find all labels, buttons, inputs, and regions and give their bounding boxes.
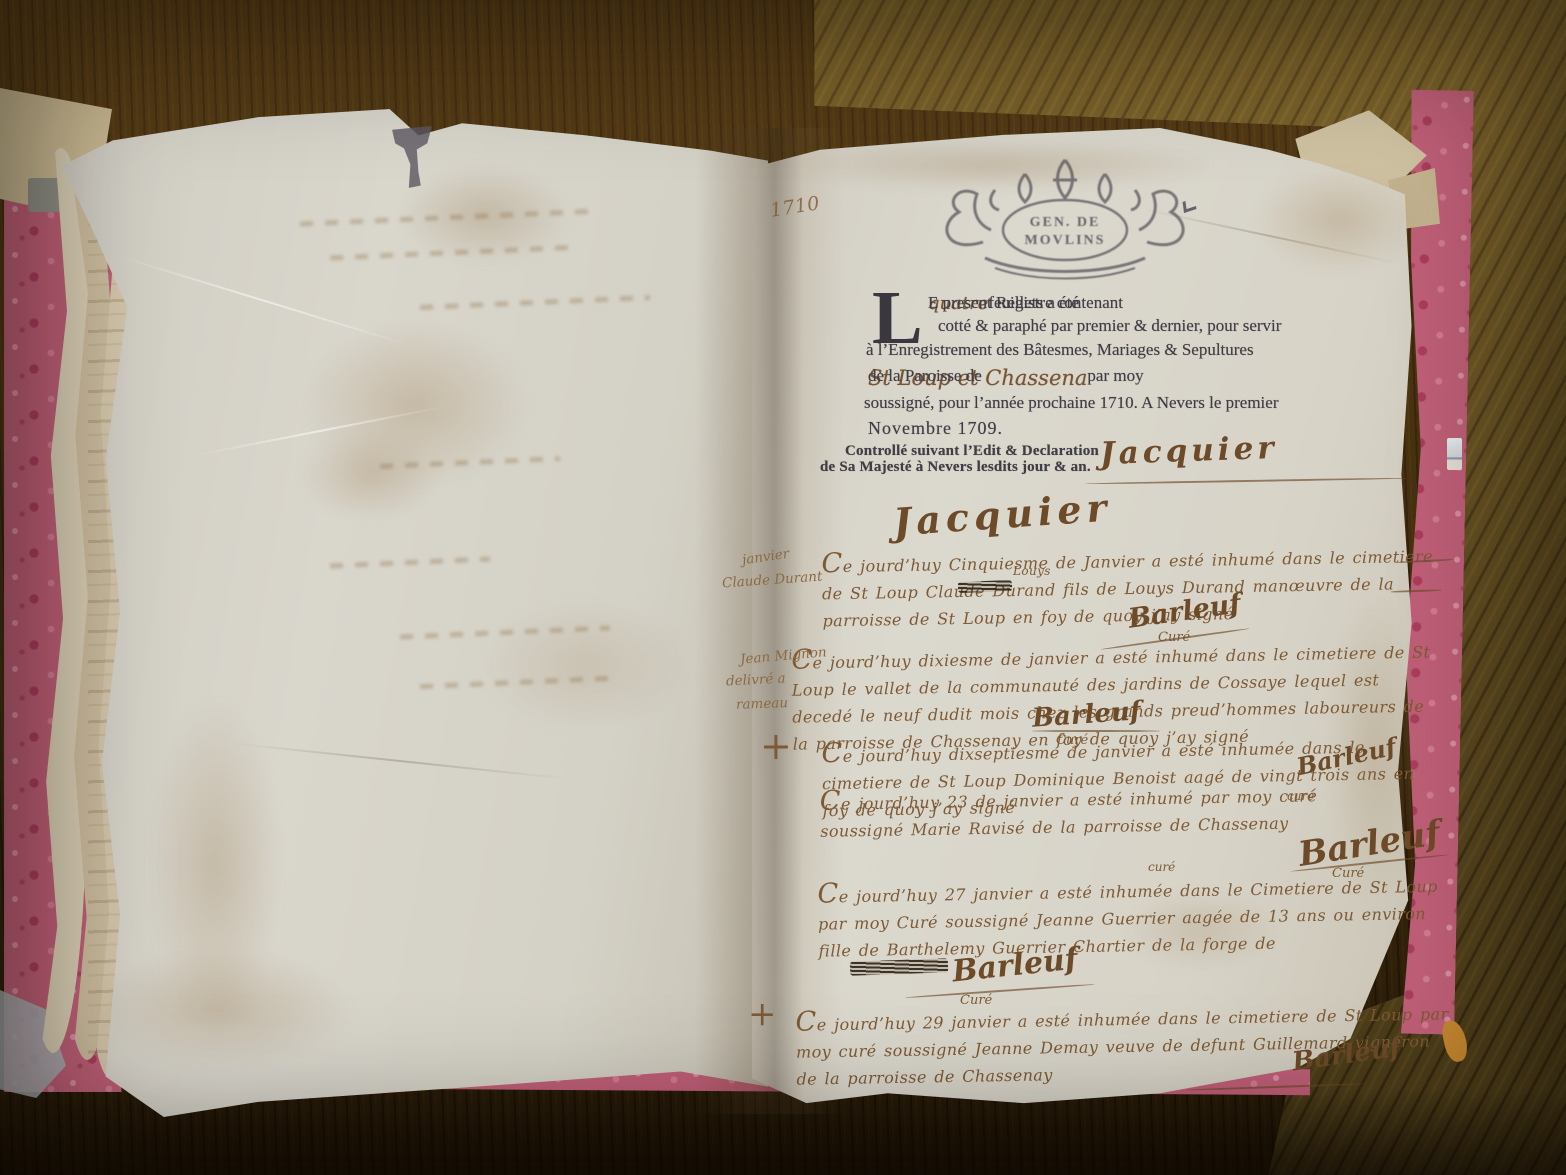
notice-line5: soussigné, pour l’année prochaine 1710. … — [864, 393, 1279, 413]
notice-line4-print: de la Paroisse de — [868, 366, 982, 386]
margin-note: rameau — [736, 695, 789, 713]
scratched-out-word — [958, 580, 1012, 593]
notice-line1: E present Registre contenant quatre feui… — [928, 293, 988, 314]
burial-entry-5: Ce jourd’huy 27 janvier a esté inhumée d… — [817, 872, 1463, 964]
cure-title: Curé — [1332, 866, 1364, 881]
control-line2: de Sa Majesté à Nevers lesdits jour & an… — [820, 459, 1091, 476]
stain — [480, 600, 690, 730]
generalite-stamp: GEN. DE MOVLINS — [925, 150, 1205, 288]
stamp-text-line1: GEN. DE — [1030, 215, 1101, 230]
notice-line2: cotté & paraphé par premier & dernier, p… — [938, 316, 1281, 336]
margin-note: delivré a — [726, 670, 786, 689]
paper-chip-on-cover — [1447, 438, 1462, 470]
notice-line3: à l’Enregistrement des Bâtesmes, Mariage… — [866, 340, 1254, 360]
stamp-text-line2: MOVLINS — [1025, 233, 1106, 248]
notice-line4-end: par moy — [1087, 366, 1143, 386]
stain — [90, 950, 350, 1070]
notice-line1-end: feuillets a été — [988, 293, 1079, 313]
cure-title: Curé — [960, 993, 992, 1008]
stain — [300, 430, 440, 520]
notice-line6: Novembre 1709. — [868, 418, 1003, 439]
margin-cross-mark: + — [760, 724, 792, 768]
signature-underline — [1032, 730, 1160, 732]
cure-title: Curé — [1056, 733, 1088, 748]
margin-cross-mark: + — [748, 994, 777, 1034]
control-line1: Controllé suivant l’Edit & Declaration — [845, 443, 1099, 460]
stamp-drawing: GEN. DE MOVLINS — [925, 150, 1205, 288]
photo-open-parish-register: GEN. DE MOVLINS 1710 L E present Registr… — [0, 0, 1566, 1175]
notice-line4: de la Paroisse de St Loup et Chassena pa… — [868, 366, 1087, 390]
interline-insertion: Louys — [1013, 564, 1051, 578]
gray-paper-scrap — [28, 178, 62, 212]
jacquier-signature-right: Jacquier — [1099, 430, 1278, 472]
interline-note: curé — [1287, 789, 1314, 803]
interline-note: curé — [1148, 860, 1175, 874]
stain — [1255, 165, 1425, 275]
